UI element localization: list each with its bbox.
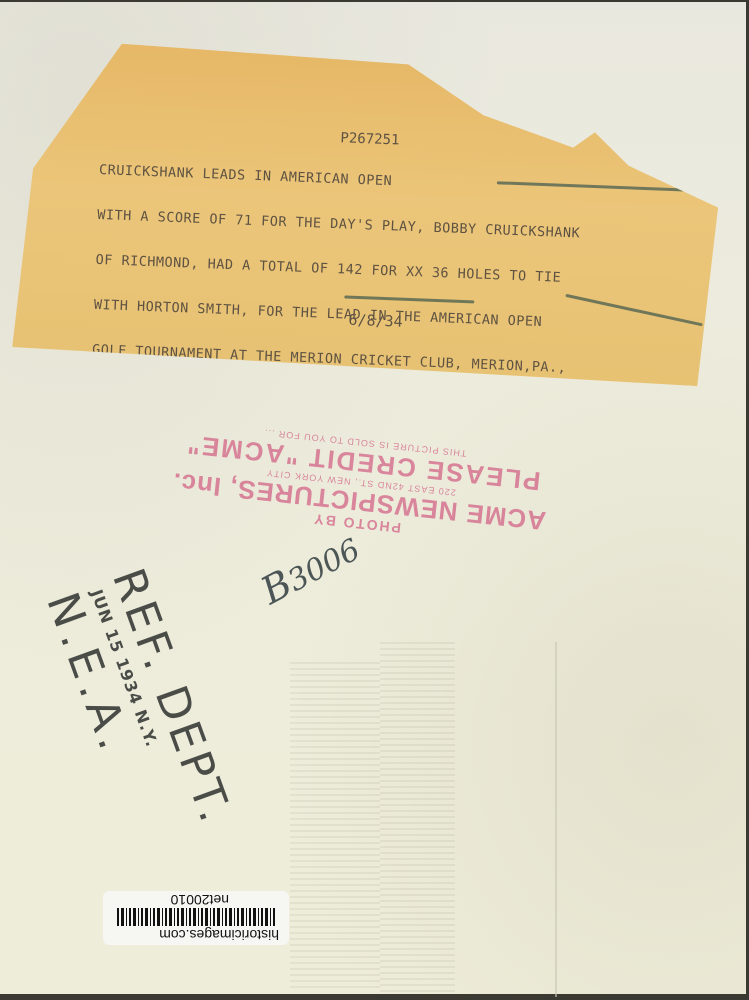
bleed-through-text [380, 642, 455, 992]
handwritten-reference: B3006 [254, 525, 367, 613]
caption-slip: P267251 CRUICKSHANK LEADS IN AMERICAN OP… [12, 40, 724, 387]
caption-line: CRUICKSHANK LEADS IN AMERICAN OPEN [99, 163, 699, 201]
caption-date: 6/8/34 [348, 311, 403, 331]
barcode-label: historicimages.com net20010 [103, 891, 289, 945]
bleed-through-text [290, 662, 380, 992]
handwritten-number: 3006 [282, 532, 366, 599]
caption-line: OF RICHMOND, HAD A TOTAL OF 142 FOR XX 3… [95, 253, 695, 291]
paper-crease [555, 642, 557, 997]
ref-dept-stamp: REF. DEPT. JUN 15 1934 N.Y. N.E.A. [36, 562, 242, 856]
barcode-code: net20010 [171, 892, 229, 908]
photo-back-paper: P267251 CRUICKSHANK LEADS IN AMERICAN OP… [0, 2, 746, 994]
caption-line: WITH A SCORE OF 71 FOR THE DAY'S PLAY, B… [97, 208, 697, 246]
barcode-icon [115, 908, 275, 926]
barcode-site: historicimages.com [159, 927, 279, 943]
